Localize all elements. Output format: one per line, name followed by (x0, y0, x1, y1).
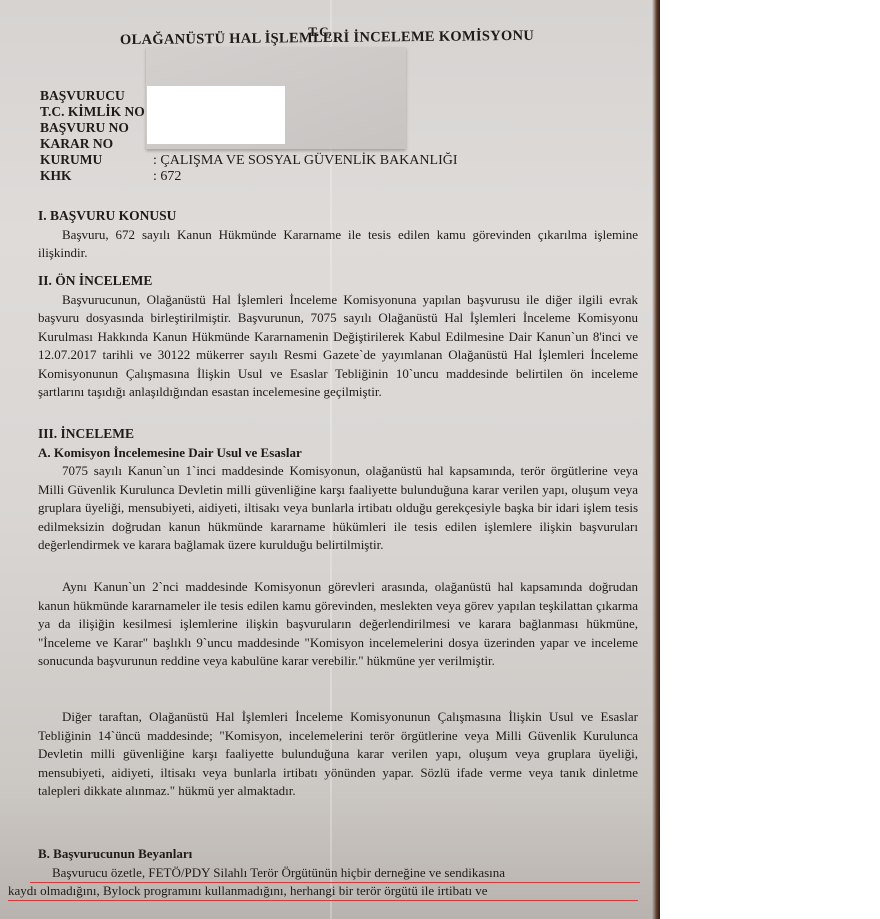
section-title: I. BAŞVURU KONUSU (38, 207, 638, 226)
paragraph: 7075 sayılı Kanun`un 1`inci maddesinde K… (38, 462, 638, 555)
statement-line-2: kaydı olmadığını, Bylock programını kull… (8, 882, 638, 901)
statement-line-1: Başvurucu özetle, FETÖ/PDY Silahlı Terör… (38, 864, 638, 883)
section-text: Başvuru, 672 sayılı Kanun Hükmünde Karar… (38, 226, 638, 263)
document-photo: T.C. OLAĞANÜSTÜ HAL İŞLEMLERİ İNCELEME K… (0, 0, 660, 919)
red-underline-1 (30, 882, 640, 883)
redaction-white-box (147, 86, 285, 144)
meta-row-institution: KURUMU: ÇALIŞMA VE SOSYAL GÜVENLİK BAKAN… (40, 152, 458, 168)
subsection-title: B. Başvurucunun Beyanları (38, 845, 638, 864)
section-application-subject: I. BAŞVURU KONUSU Başvuru, 672 sayılı Ka… (38, 207, 638, 263)
subsection-title: A. Komisyon İncelemesine Dair Usul ve Es… (38, 444, 638, 463)
paragraph-block-2: Aynı Kanun`un 2`nci maddesinde Komisyonu… (38, 578, 638, 671)
header-commission: OLAĞANÜSTÜ HAL İŞLEMLERİ İNCELEME KOMİSY… (120, 28, 534, 49)
red-underline-2 (8, 900, 638, 901)
section-applicant-statements: B. Başvurucunun Beyanları Başvurucu özet… (38, 845, 638, 901)
section-preliminary-review: II. ÖN İNCELEME Başvurucunun, Olağanüstü… (38, 272, 638, 402)
paragraph: Diğer taraftan, Olağanüstü Hal İşlemleri… (38, 708, 638, 801)
meta-row-khk: KHK: 672 (40, 168, 458, 184)
section-examination: III. İNCELEME A. Komisyon İncelemesine D… (38, 425, 638, 555)
paragraph-block-3: Diğer taraftan, Olağanüstü Hal İşlemleri… (38, 708, 638, 801)
paragraph: Aynı Kanun`un 2`nci maddesinde Komisyonu… (38, 578, 638, 671)
paper-edge (652, 0, 660, 919)
section-title: II. ÖN İNCELEME (38, 272, 638, 291)
section-title: III. İNCELEME (38, 425, 638, 444)
section-text: Başvurucunun, Olağanüstü Hal İşlemleri İ… (38, 291, 638, 402)
